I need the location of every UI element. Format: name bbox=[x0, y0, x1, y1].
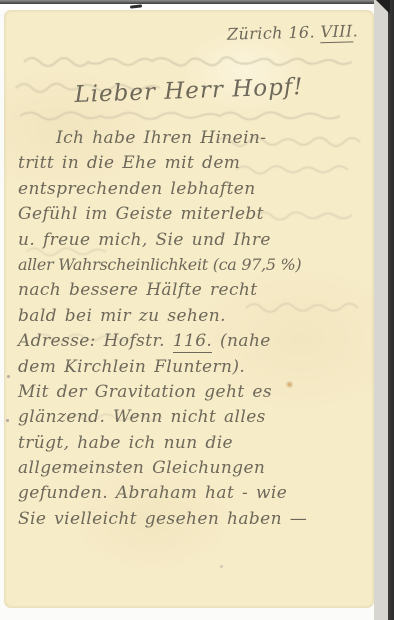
letter-paper: Zürich 16. VIII. Lieber Herr Hopf! Ich h… bbox=[4, 10, 374, 608]
bleedthrough-line bbox=[18, 106, 348, 122]
body-line: aller Wahrscheinlichkeit (ca 97,5 %) bbox=[18, 255, 364, 280]
date-prefix: Zürich 16. bbox=[227, 22, 315, 43]
body-line: Gefühl im Geiste miterlebt bbox=[18, 204, 364, 229]
body-line: entsprechenden lebhaften bbox=[18, 179, 364, 204]
body-line: bald bei mir zu sehen. bbox=[18, 306, 364, 331]
date-period: . bbox=[352, 21, 358, 40]
address-suffix: (nahe bbox=[212, 331, 271, 351]
letter-body: Ich habe Ihren Hinein- tritt in die Ehe … bbox=[18, 128, 364, 534]
address-house-number: 116. bbox=[173, 331, 212, 353]
ink-speck bbox=[6, 419, 9, 422]
date-month-numeral: VIII bbox=[320, 21, 353, 43]
date-line: Zürich 16. VIII. bbox=[227, 21, 359, 43]
body-line: nach bessere Hälfte recht bbox=[18, 280, 364, 305]
body-line: u. freue mich, Sie und Ihre bbox=[18, 230, 364, 255]
body-line-address: Adresse: Hofstr. 116. (nahe bbox=[18, 331, 364, 356]
scanner-backing-right bbox=[374, 0, 388, 620]
body-line: gefunden. Abraham hat - wie bbox=[18, 483, 364, 508]
address-prefix: Adresse: Hofstr. bbox=[18, 331, 173, 351]
scanned-letter-page: Zürich 16. VIII. Lieber Herr Hopf! Ich h… bbox=[0, 0, 394, 620]
body-line: dem Kirchlein Fluntern). bbox=[18, 357, 364, 382]
body-line: Sie vielleicht gesehen haben — bbox=[18, 509, 364, 534]
body-line: glänzend. Wenn nicht alles bbox=[18, 407, 364, 432]
ink-speck bbox=[220, 565, 223, 568]
body-line: tritt in die Ehe mit dem bbox=[18, 153, 364, 178]
body-line: trügt, habe ich nun die bbox=[18, 433, 364, 458]
body-line: Mit der Gravitation geht es bbox=[18, 382, 364, 407]
salutation: Lieber Herr Hopf! bbox=[4, 72, 375, 111]
ink-speck bbox=[7, 375, 10, 378]
body-line: Ich habe Ihren Hinein- bbox=[18, 128, 364, 153]
bleedthrough-line bbox=[22, 52, 358, 68]
scanner-frame-right bbox=[388, 0, 394, 620]
body-line: allgemeinsten Gleichungen bbox=[18, 458, 364, 483]
